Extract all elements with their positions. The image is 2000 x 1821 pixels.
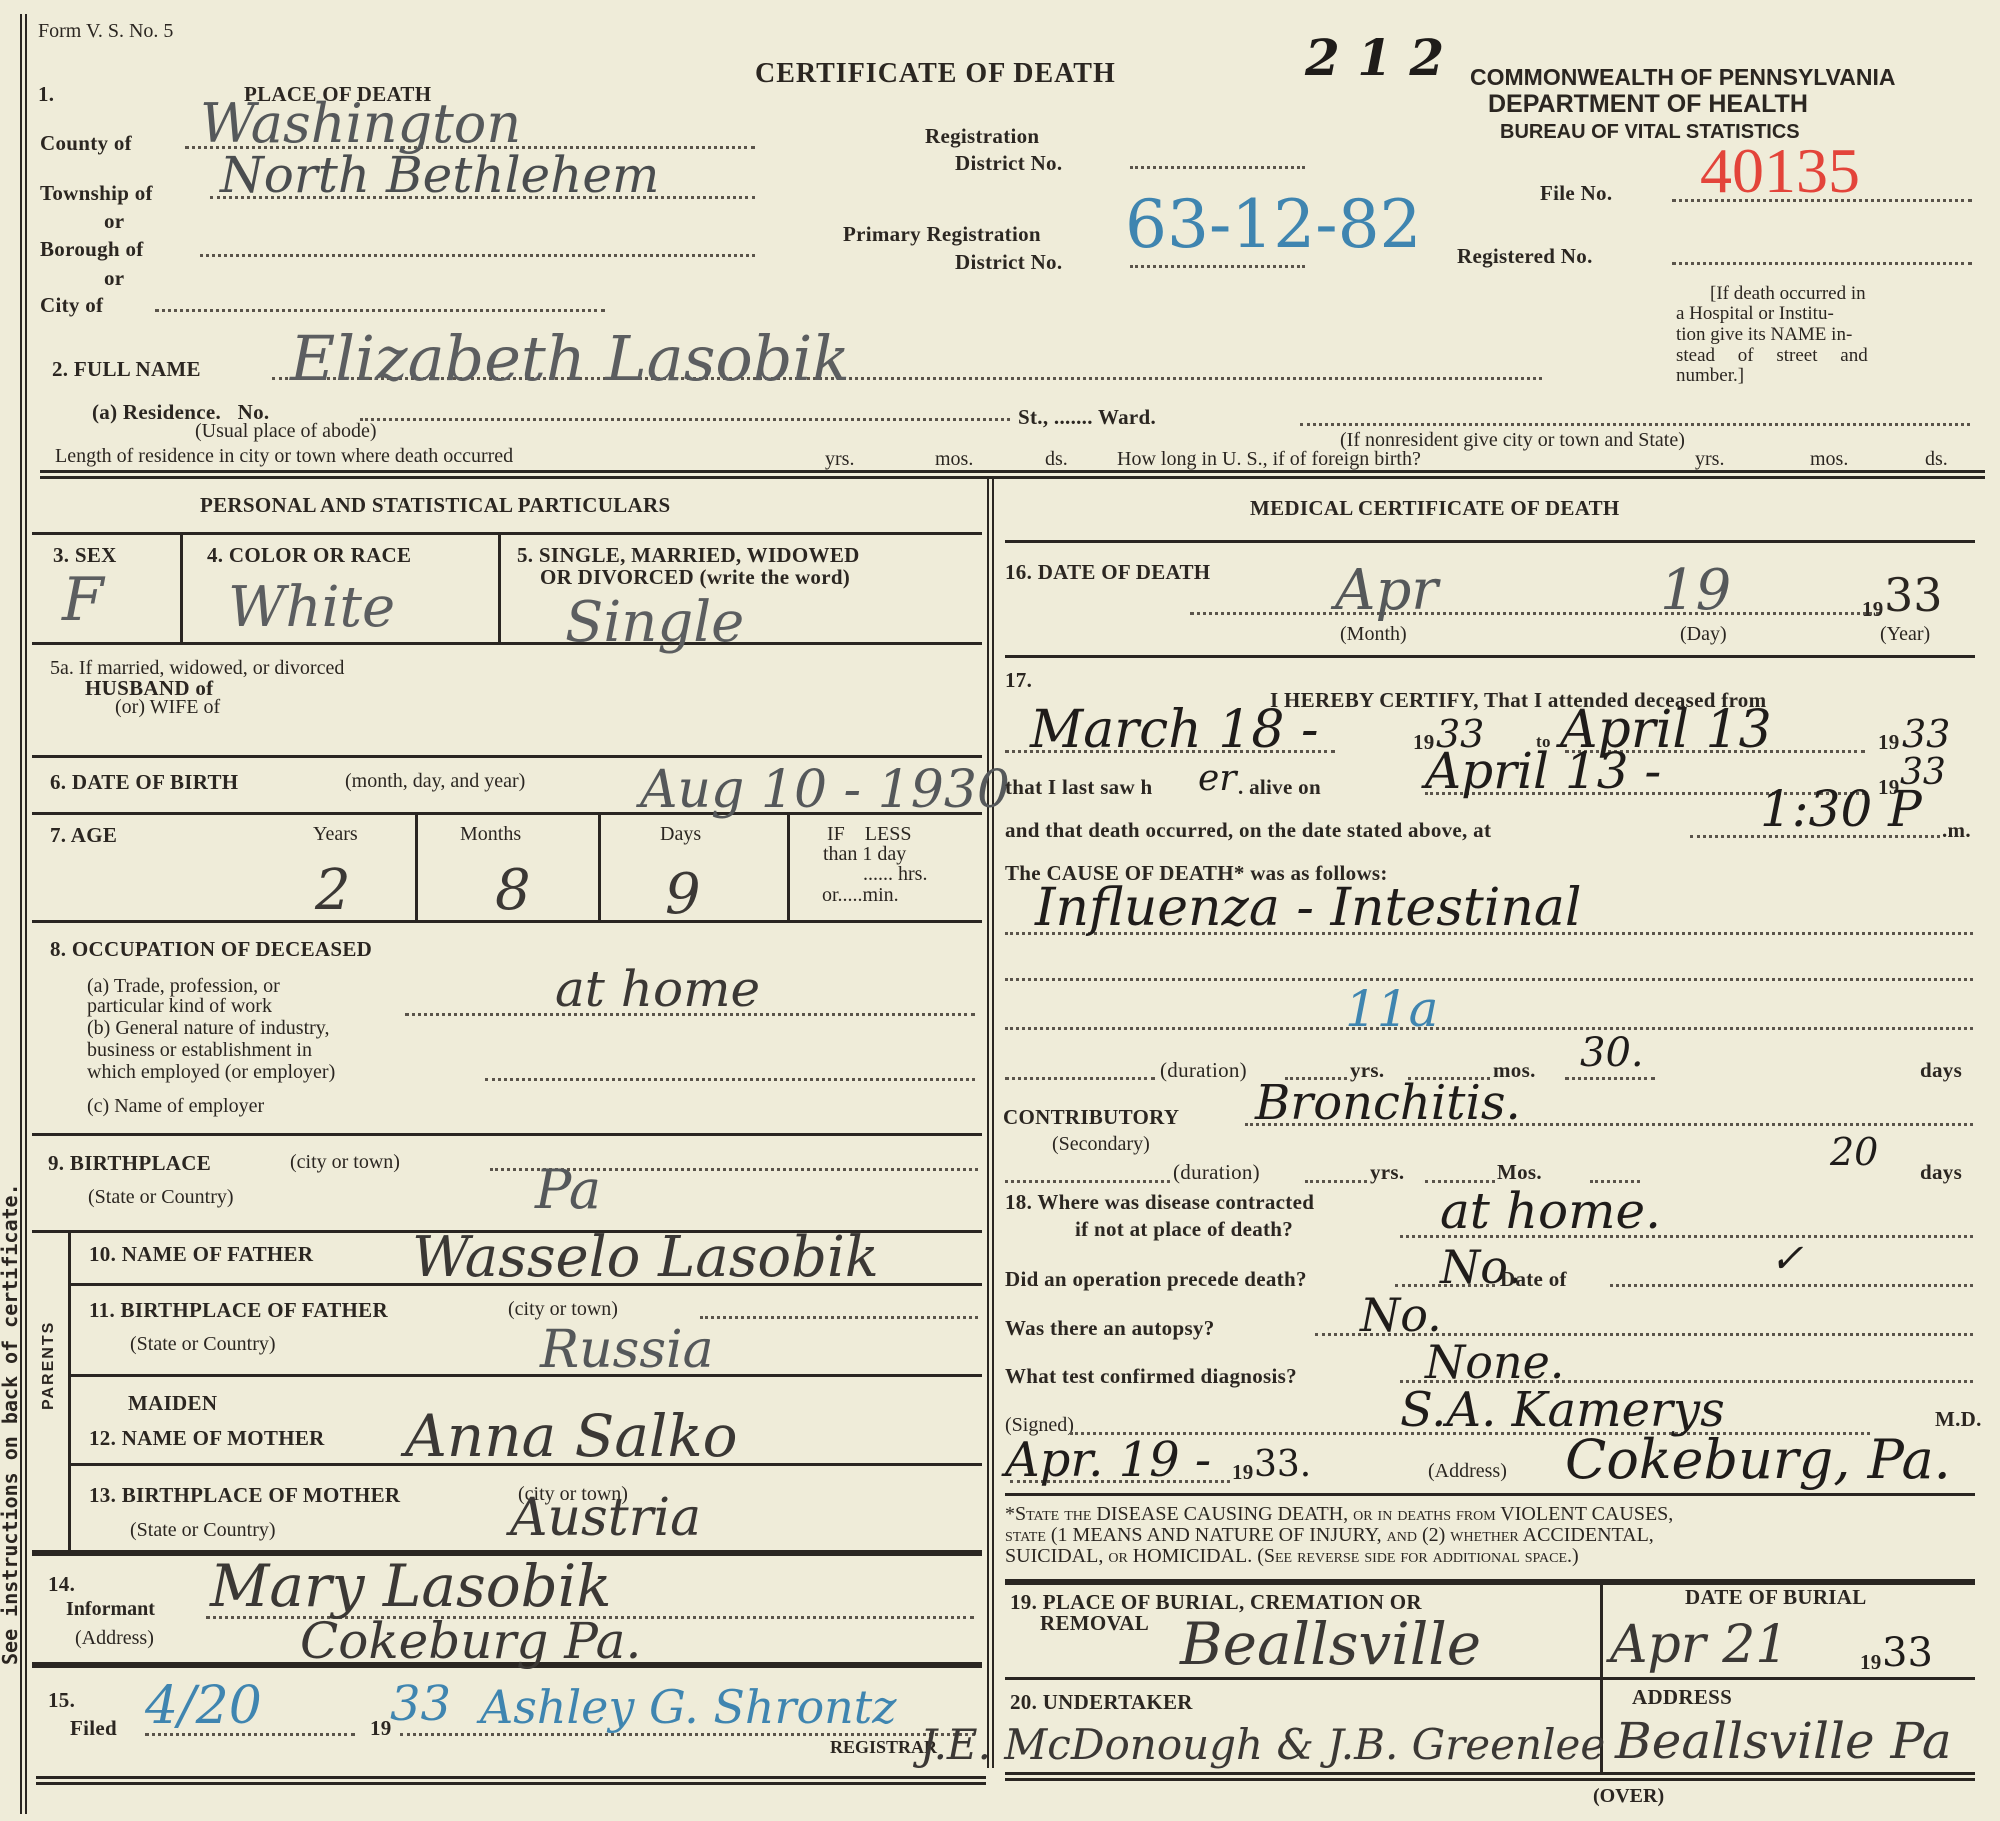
- address-label: (Address): [1428, 1460, 1507, 1483]
- file-number-stamp: 40135: [1700, 134, 1860, 208]
- hospital-note-1: [If death occurred in: [1710, 283, 1866, 305]
- race-value: White: [228, 575, 395, 640]
- q18-label-1: 18. Where was disease contracted: [1005, 1190, 1314, 1215]
- dod-month: Apr: [1335, 558, 1438, 623]
- footnote-line-1: *State the DISEASE CAUSING DEATH, or in …: [1005, 1503, 1673, 1526]
- primary-district-value: 63-12-82: [1125, 186, 1422, 263]
- q18-label-2: if not at place of death?: [1075, 1217, 1293, 1242]
- less-label-4: or.....min.: [822, 884, 899, 907]
- personal-heading: PERSONAL AND STATISTICAL PARTICULARS: [200, 493, 670, 518]
- length-ds: ds.: [1045, 448, 1068, 471]
- cause-days-label: days: [1920, 1058, 1962, 1083]
- signed-date: Apr. 19 -: [1005, 1432, 1211, 1488]
- marital-label-2: OR DIVORCED (write the word): [540, 565, 850, 590]
- registration-label: Registration: [925, 124, 1039, 149]
- usual-abode-caption: (Usual place of abode): [195, 420, 377, 443]
- contrib-duration-field[interactable]: [1005, 1180, 1170, 1183]
- occ-b-field[interactable]: [485, 1078, 975, 1081]
- informant-label: Informant: [66, 1598, 155, 1621]
- q18-value: at home.: [1440, 1182, 1661, 1240]
- burial-place-value: Beallsville: [1180, 1610, 1481, 1678]
- page-title: CERTIFICATE OF DEATH: [755, 58, 1116, 90]
- last-saw-label: that I last saw h: [1005, 775, 1152, 800]
- dod-label: 16. DATE OF DEATH: [1005, 560, 1210, 585]
- age-days-label: Days: [660, 823, 701, 846]
- mother-birthplace-label: 13. BIRTHPLACE OF MOTHER: [89, 1483, 400, 1508]
- contrib-duration-days: 20: [1830, 1130, 1878, 1174]
- over-label: (OVER): [1593, 1785, 1664, 1808]
- filed-year-value: 33: [390, 1676, 451, 1732]
- contrib-yrs-field[interactable]: [1305, 1180, 1367, 1183]
- township-value: North Bethlehem: [220, 146, 659, 204]
- dod-day-caption: (Day): [1680, 623, 1727, 646]
- race-label: 4. COLOR OR RACE: [207, 543, 411, 568]
- length-mos: mos.: [935, 448, 973, 471]
- signed-year: 33.: [1254, 1444, 1311, 1485]
- sex-value: F: [62, 565, 104, 635]
- rule: [415, 814, 418, 920]
- rule: [787, 814, 790, 920]
- last-saw-date: April 13 -: [1425, 742, 1661, 800]
- dod-day: 19: [1660, 558, 1731, 623]
- registrar-signature: Ashley G. Shrontz: [480, 1680, 897, 1734]
- burial-label-2: REMOVAL: [1040, 1611, 1149, 1636]
- primary-registration-label: Primary Registration: [843, 222, 1041, 247]
- rule-header-bottom: [40, 470, 1985, 479]
- contributory-label: CONTRIBUTORY: [1003, 1105, 1179, 1130]
- township-label: Township of: [40, 181, 153, 206]
- marital-value: Single: [565, 590, 744, 655]
- rule: [180, 535, 183, 642]
- rule: [36, 1776, 986, 1785]
- primary-district-label: District No.: [955, 250, 1062, 275]
- birthplace-sub: (city or town): [290, 1151, 400, 1174]
- registered-no-label: Registered No.: [1457, 244, 1593, 269]
- autopsy-label: Was there an autopsy?: [1005, 1316, 1215, 1341]
- ward-field[interactable]: [1300, 423, 1970, 426]
- filed-label: Filed: [70, 1716, 117, 1741]
- hospital-note-4: stead of street and: [1676, 345, 1868, 367]
- age-years-value: 2: [315, 858, 351, 923]
- us-ds: ds.: [1925, 448, 1948, 471]
- burial-date-label: DATE OF BURIAL: [1685, 1585, 1867, 1610]
- dob-sub: (month, day, and year): [345, 770, 525, 793]
- informant-address-value: Cokeburg Pa.: [300, 1612, 641, 1670]
- occ-a-value: at home: [555, 960, 760, 1018]
- filed-19: 19: [370, 1716, 392, 1741]
- cause-days-field[interactable]: [1565, 1077, 1655, 1080]
- occ-b-label-2: business or establishment in: [87, 1039, 312, 1062]
- to-year-prefix: 19: [1878, 730, 1900, 755]
- informant-value: Mary Lasobik: [210, 1552, 612, 1620]
- city-field[interactable]: [155, 309, 605, 312]
- us-mos: mos.: [1810, 448, 1848, 471]
- to-year: 33: [1902, 712, 1950, 756]
- death-time-value: 1:30 P: [1760, 780, 1922, 838]
- residence-field[interactable]: [360, 418, 1010, 421]
- m-label: .m.: [1942, 818, 1971, 843]
- rule: [32, 532, 982, 535]
- rule: [1005, 1772, 1975, 1781]
- full-name-label: 2. FULL NAME: [52, 357, 201, 382]
- undertaker-value: J.E. McDonough & J.B. Greenlee: [920, 1720, 1605, 1769]
- contributory-value: Bronchitis.: [1255, 1075, 1521, 1131]
- test-label: What test confirmed diagnosis?: [1005, 1364, 1297, 1389]
- rule: [1005, 655, 1975, 658]
- age-days-value: 9: [665, 862, 701, 927]
- cause-duration-field[interactable]: [1005, 1077, 1155, 1080]
- father-label: 10. NAME OF FATHER: [89, 1242, 313, 1267]
- rule: [32, 755, 982, 758]
- filed-number: 15.: [48, 1688, 75, 1713]
- place-number: 1.: [38, 82, 54, 107]
- burial-year: 33: [1882, 1630, 1933, 1676]
- us-yrs: yrs.: [1695, 448, 1724, 471]
- or-label: or: [104, 266, 124, 291]
- physician-address: Cokeburg, Pa.: [1565, 1428, 1951, 1491]
- occ-c-label: (c) Name of employer: [87, 1095, 264, 1118]
- test-value: None.: [1425, 1335, 1564, 1389]
- length-residence-label: Length of residence in city or town wher…: [55, 445, 513, 468]
- dob-value: Aug 10 - 1930: [640, 760, 1010, 820]
- birthplace-value: Pa: [535, 1158, 601, 1221]
- occ-b-label-1: (b) General nature of industry,: [87, 1017, 330, 1040]
- full-name-value: Elizabeth Lasobik: [290, 322, 850, 395]
- cause-code: 11a: [1345, 980, 1438, 1038]
- rule: [32, 642, 982, 645]
- father-birthplace-label: 11. BIRTHPLACE OF FATHER: [89, 1298, 388, 1323]
- age-years-label: Years: [313, 823, 358, 846]
- dod-field[interactable]: [1190, 612, 1880, 615]
- occupation-label: 8. OCCUPATION OF DECEASED: [50, 937, 372, 962]
- instructions-note: See instructions on back of certificate.: [0, 1183, 22, 1665]
- hospital-note-5: number.]: [1676, 365, 1744, 387]
- contrib-duration-label: (duration): [1173, 1160, 1260, 1185]
- length-yrs: yrs.: [825, 448, 854, 471]
- dod-year-caption: (Year): [1880, 623, 1930, 646]
- occ-a-label-2: particular kind of work: [87, 995, 272, 1018]
- cause-value: Influenza - Intestinal: [1035, 878, 1582, 938]
- less-label-3: ...... hrs.: [863, 863, 927, 886]
- informant-number: 14.: [48, 1572, 75, 1597]
- cause-duration-label: (duration): [1160, 1058, 1247, 1083]
- rule: [32, 1133, 982, 1136]
- spouse-label-3: (or) WIFE of: [115, 696, 220, 719]
- mother-label: 12. NAME OF MOTHER: [89, 1426, 325, 1451]
- handwritten-note-212: 2 1 2: [1305, 28, 1444, 87]
- dod-year: 33: [1884, 568, 1943, 622]
- contrib-days-label: days: [1920, 1160, 1962, 1185]
- father-birthplace-sub: (city or town): [508, 1298, 618, 1321]
- center-divider: [987, 478, 994, 1768]
- footnote-line-2: state (1 MEANS AND NATURE OF INJURY, and…: [1005, 1524, 1654, 1547]
- agency-line1: COMMONWEALTH OF PENNSYLVANIA: [1470, 64, 1895, 91]
- birthplace-label: 9. BIRTHPLACE: [48, 1151, 211, 1176]
- last-saw-pronoun: er: [1198, 758, 1237, 799]
- rule: [1005, 1493, 1975, 1496]
- father-birthplace-value: Russia: [540, 1320, 714, 1380]
- birthplace-state-label: (State or Country): [88, 1186, 234, 1209]
- certify-number: 17.: [1005, 668, 1032, 693]
- hospital-note-3: tion give its NAME in-: [1676, 324, 1852, 346]
- cause-duration-days: 30.: [1580, 1030, 1644, 1076]
- burial-year-prefix: 19: [1860, 1650, 1882, 1675]
- maiden-label: MAIDEN: [128, 1391, 217, 1416]
- medical-heading: MEDICAL CERTIFICATE OF DEATH: [1250, 496, 1620, 521]
- rule: [498, 535, 501, 642]
- registration-district-label: District No.: [955, 151, 1062, 176]
- or-label: or: [104, 209, 124, 234]
- rule: [68, 1232, 71, 1552]
- hospital-note-2: a Hospital or Institu-: [1676, 303, 1834, 325]
- rule: [70, 1374, 982, 1377]
- operation-date-value: ✓: [1770, 1236, 1804, 1282]
- burial-date-value: Apr 21: [1610, 1615, 1788, 1675]
- primary-district-field[interactable]: [1130, 265, 1305, 268]
- city-label: City of: [40, 293, 103, 318]
- file-no-label: File No.: [1540, 181, 1612, 206]
- autopsy-value: No.: [1360, 1288, 1442, 1342]
- footnote-line-3: SUICIDAL, or HOMICIDAL. (See reverse sid…: [1005, 1545, 1579, 1568]
- filed-date-value: 4/20: [145, 1676, 262, 1736]
- father-birthplace-city-field[interactable]: [700, 1316, 978, 1319]
- street-ward-label: St., ....... Ward.: [1018, 405, 1156, 430]
- signed-year-prefix: 19: [1232, 1460, 1254, 1485]
- operation-date-field[interactable]: [1610, 1284, 1973, 1287]
- occ-b-label-3: which employed (or employer): [87, 1061, 335, 1084]
- undertaker-address-label: ADDRESS: [1632, 1685, 1732, 1710]
- agency-line2: DEPARTMENT OF HEALTH: [1488, 90, 1808, 119]
- rule: [1005, 1677, 1975, 1680]
- dob-label: 6. DATE OF BIRTH: [50, 770, 238, 795]
- borough-label: Borough of: [40, 237, 144, 262]
- father-value: Wasselo Lasobik: [412, 1225, 879, 1290]
- dod-year-prefix: 19: [1862, 597, 1884, 622]
- borough-field[interactable]: [200, 254, 755, 257]
- undertaker-label: 20. UNDERTAKER: [1010, 1690, 1193, 1715]
- mother-value: Anna Salko: [405, 1402, 738, 1470]
- informant-address-label: (Address): [75, 1627, 154, 1650]
- form-number: Form V. S. No. 5: [38, 20, 173, 43]
- rule: [598, 814, 601, 920]
- contributory-sub: (Secondary): [1052, 1133, 1150, 1156]
- county-label: County of: [40, 131, 132, 156]
- cause-line-2[interactable]: [1005, 978, 1973, 981]
- registration-district-field[interactable]: [1130, 166, 1305, 169]
- mother-birthplace-state-label: (State or Country): [130, 1519, 276, 1542]
- mother-birthplace-value: Austria: [510, 1488, 701, 1548]
- undertaker-address-value: Beallsville Pa: [1615, 1712, 1952, 1770]
- rule: [1005, 540, 1975, 543]
- father-birthplace-state-label: (State or Country): [130, 1333, 276, 1356]
- age-months-value: 8: [495, 858, 531, 923]
- contrib-yrs-label: yrs.: [1370, 1160, 1404, 1185]
- operation-label: Did an operation precede death?: [1005, 1267, 1307, 1292]
- alive-on-label: . alive on: [1238, 775, 1321, 800]
- death-occurred-label: and that death occurred, on the date sta…: [1005, 818, 1491, 843]
- how-long-us-label: How long in U. S., if of foreign birth?: [1117, 448, 1421, 471]
- age-label: 7. AGE: [50, 823, 117, 848]
- dod-month-caption: (Month): [1340, 623, 1407, 646]
- date-of-label: Date of: [1500, 1267, 1567, 1292]
- registered-no-field[interactable]: [1672, 262, 1972, 265]
- age-months-label: Months: [460, 823, 521, 846]
- parents-label: PARENTS: [40, 1321, 58, 1410]
- attended-from-value: March 18 -: [1030, 700, 1319, 760]
- cause-line-3[interactable]: [1005, 1027, 1973, 1030]
